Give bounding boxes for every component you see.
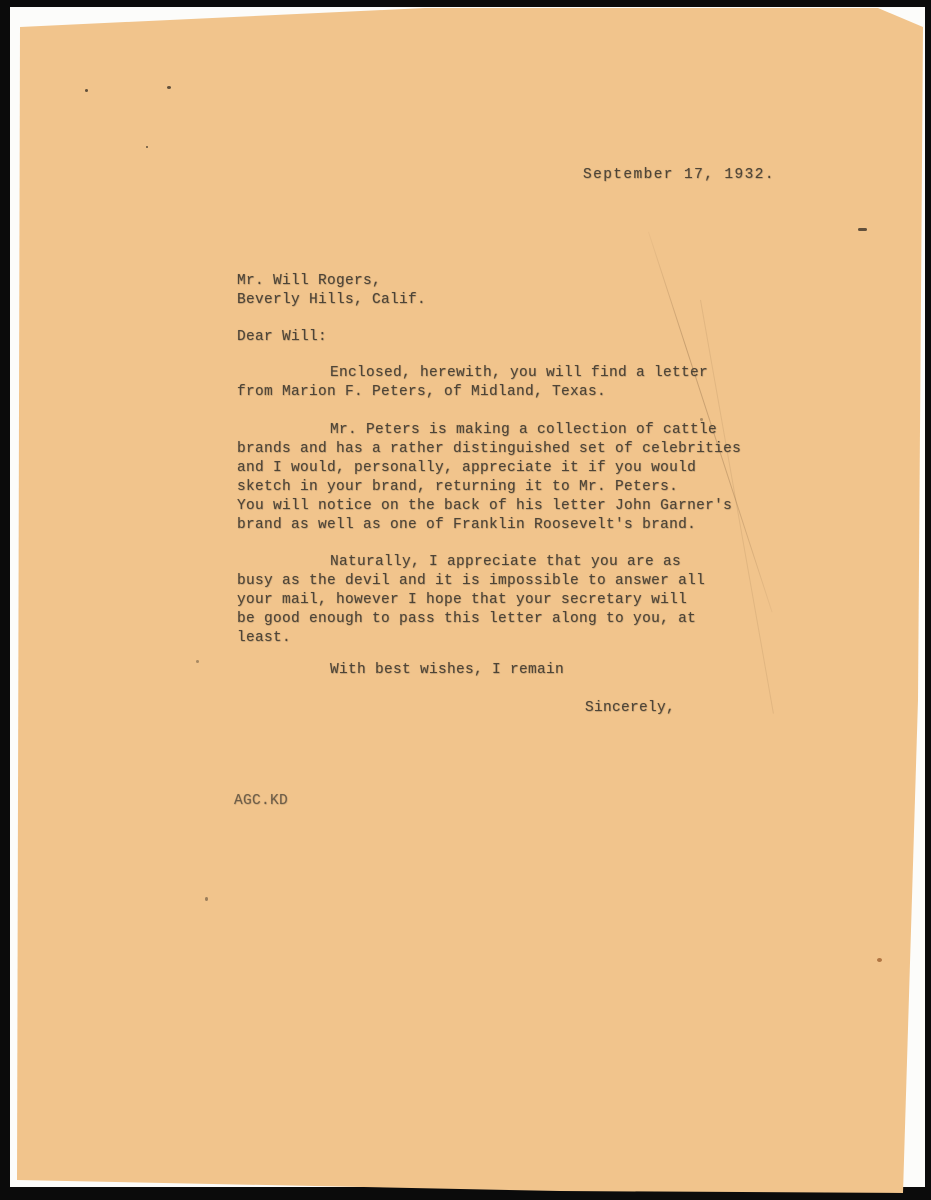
paper-speck xyxy=(877,958,882,962)
paper-speck xyxy=(196,660,199,663)
typist-initials: AGC.KD xyxy=(234,792,288,811)
paragraph-1: Enclosed, herewith, you will find a lett… xyxy=(237,364,757,402)
recipient-address: Mr. Will Rogers, Beverly Hills, Calif. xyxy=(237,272,426,310)
paper-speck xyxy=(146,146,148,148)
paper-speck xyxy=(85,89,88,92)
letter-paper: September 17, 1932. Mr. Will Rogers, Bev… xyxy=(0,0,931,1200)
salutation: Dear Will: xyxy=(237,328,327,347)
signoff: Sincerely, xyxy=(585,699,675,718)
paragraph-2: Mr. Peters is making a collection of cat… xyxy=(237,421,757,535)
scanned-letter-page: September 17, 1932. Mr. Will Rogers, Bev… xyxy=(0,0,931,1200)
paper-speck xyxy=(167,86,171,89)
paragraph-3: Naturally, I appreciate that you are as … xyxy=(237,553,757,648)
paper-speck xyxy=(858,228,867,231)
paper-speck xyxy=(205,897,208,901)
closing-line: With best wishes, I remain xyxy=(330,661,564,680)
letter-date: September 17, 1932. xyxy=(583,166,775,185)
